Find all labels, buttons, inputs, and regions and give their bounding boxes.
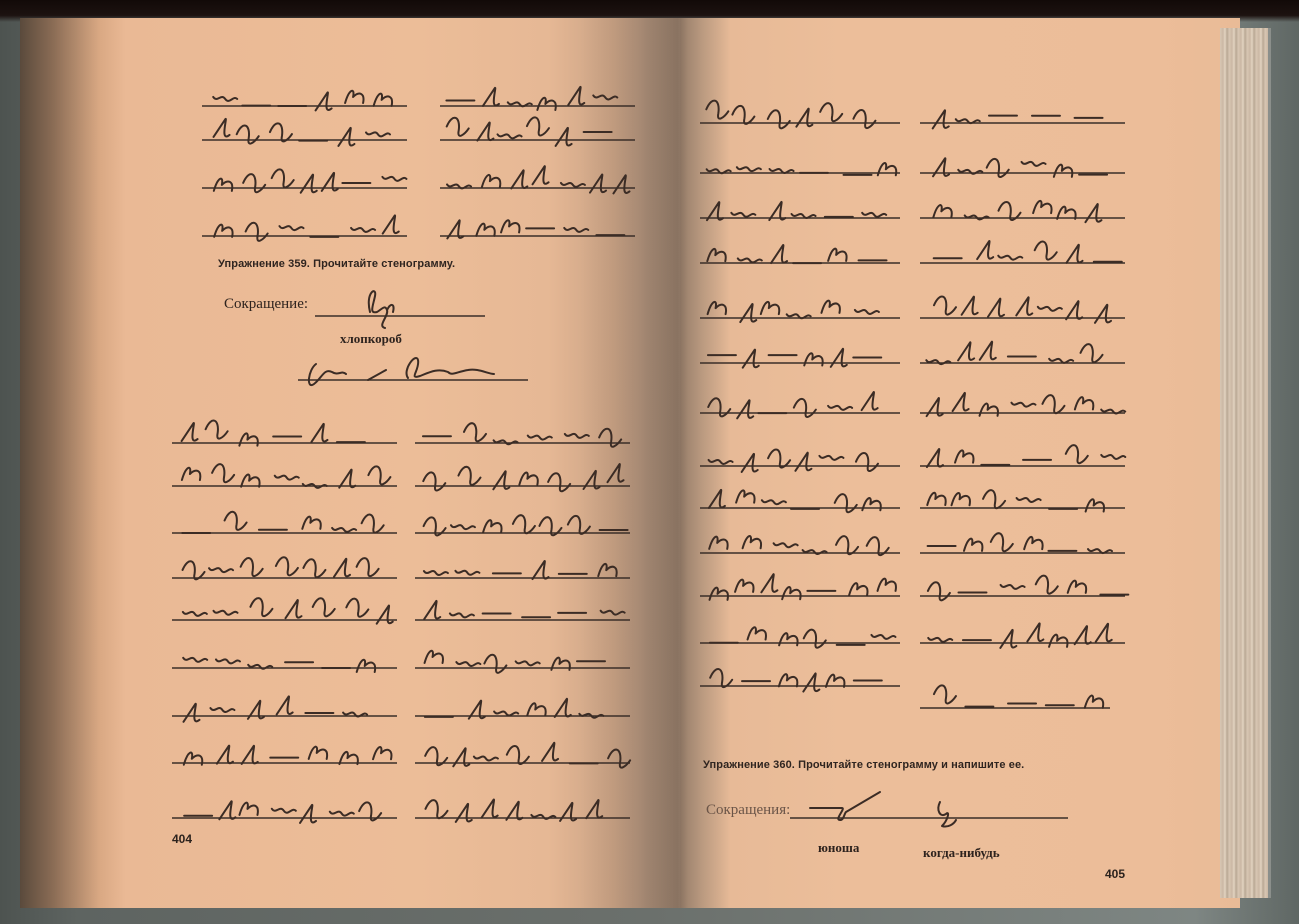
steno-line xyxy=(700,190,900,226)
steno-line xyxy=(920,235,1125,271)
steno-line xyxy=(202,78,407,114)
steno-line xyxy=(920,568,1125,604)
abbreviations-steno xyxy=(790,790,1068,826)
steno-line xyxy=(700,438,900,474)
steno-line xyxy=(298,350,528,386)
abbreviation-steno xyxy=(315,282,485,318)
steno-line xyxy=(440,160,635,196)
steno-line xyxy=(172,415,397,451)
steno-line xyxy=(700,235,900,271)
steno-line xyxy=(172,688,397,724)
steno-line xyxy=(700,525,900,561)
steno-line xyxy=(415,640,630,676)
abbreviation-label: Сокращения: xyxy=(706,802,790,819)
abbreviation-word: хлопкороб xyxy=(340,331,402,347)
steno-line xyxy=(700,568,900,604)
steno-line xyxy=(415,592,630,628)
steno-line xyxy=(172,640,397,676)
steno-line xyxy=(440,208,635,244)
steno-line xyxy=(440,78,635,114)
steno-line xyxy=(920,525,1125,561)
steno-line xyxy=(920,95,1125,131)
steno-line xyxy=(920,190,1125,226)
abbreviation-word-2: когда-нибудь xyxy=(923,845,1000,861)
steno-line xyxy=(700,145,900,181)
steno-line xyxy=(415,505,630,541)
steno-line xyxy=(172,458,397,494)
abbreviation-label: Сокращение: xyxy=(224,296,308,313)
page-number-right: 405 xyxy=(1105,867,1125,881)
steno-line xyxy=(415,458,630,494)
steno-line xyxy=(202,112,407,148)
steno-line xyxy=(172,735,397,771)
steno-line xyxy=(700,480,900,516)
steno-line xyxy=(920,290,1125,326)
steno-line xyxy=(920,335,1125,371)
steno-line xyxy=(172,505,397,541)
steno-line xyxy=(202,208,407,244)
steno-line xyxy=(440,112,635,148)
page-number-left: 404 xyxy=(172,832,192,846)
steno-line xyxy=(920,385,1125,421)
steno-line xyxy=(920,615,1125,651)
page-edges xyxy=(1220,28,1271,898)
steno-line xyxy=(700,658,900,694)
steno-line xyxy=(415,735,630,771)
steno-line xyxy=(700,290,900,326)
steno-line xyxy=(700,615,900,651)
steno-line xyxy=(700,385,900,421)
steno-line xyxy=(415,790,630,826)
exercise-360-title: Упражнение 360. Прочитайте стенограмму и… xyxy=(703,759,1024,771)
steno-line xyxy=(920,680,1110,716)
abbreviation-word-1: юноша xyxy=(818,840,859,856)
steno-line xyxy=(172,790,397,826)
steno-line xyxy=(172,592,397,628)
steno-line xyxy=(920,438,1125,474)
steno-line xyxy=(920,145,1125,181)
steno-line xyxy=(415,415,630,451)
steno-line xyxy=(202,160,407,196)
steno-line xyxy=(415,688,630,724)
steno-line xyxy=(700,335,900,371)
steno-line xyxy=(700,95,900,131)
steno-line xyxy=(415,550,630,586)
steno-line xyxy=(172,550,397,586)
exercise-359-title: Упражнение 359. Прочитайте стенограмму. xyxy=(218,258,455,270)
steno-line xyxy=(920,480,1125,516)
